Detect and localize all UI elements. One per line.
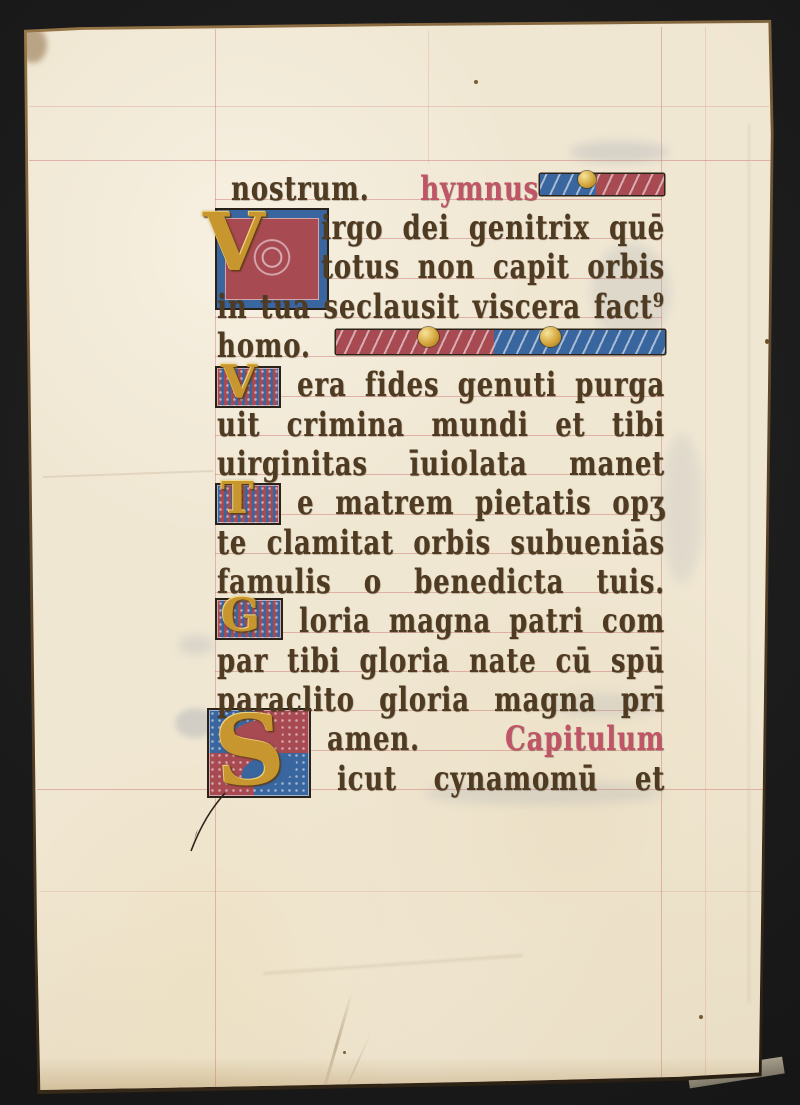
text-line: icut cynamomū et — [337, 760, 665, 799]
text-line: loria magna patri com — [299, 602, 665, 641]
line-filler-ornament — [336, 330, 665, 354]
corner-stain — [19, 27, 47, 63]
show-through-mark — [661, 433, 703, 583]
parchment-crease — [263, 954, 523, 975]
text-line: era fides genuti purga — [297, 366, 665, 405]
initial-letter-T: T — [221, 477, 254, 521]
text-line: nostrum. hymnus — [231, 170, 539, 209]
text-line: uit crimina mundi et tibi — [217, 406, 665, 445]
ruling-line — [39, 891, 763, 892]
initial-letter-V: V — [221, 359, 257, 405]
rubric-capitulum: Capitulum — [505, 720, 665, 759]
initial-letter-G: G — [221, 592, 260, 638]
initial-flourish — [185, 791, 231, 855]
ruling-line — [29, 160, 771, 161]
text-line: amen. Capitulum — [327, 720, 665, 759]
show-through-mark — [178, 635, 214, 655]
gold-ball — [540, 327, 561, 347]
ruling-line — [705, 27, 706, 1079]
text-line: paraclito gloria magna prī — [217, 681, 665, 720]
text-line: famulis o benedicta tuis. — [217, 563, 665, 602]
speck — [765, 339, 769, 344]
parchment-crease — [341, 1034, 371, 1099]
initial-letter-S: S — [212, 701, 288, 802]
gold-ball — [578, 171, 596, 188]
text-line: par tibi gloria nate cū spū — [217, 642, 665, 681]
speck — [699, 1015, 703, 1019]
text-line: uirginitas īuiolata manet — [217, 445, 665, 484]
parchment-crease — [43, 470, 213, 478]
gold-ball — [418, 327, 439, 347]
text-line: totus non capit orbis — [321, 248, 665, 287]
parchment-crease — [748, 123, 752, 1003]
rubric-hymnus: hymnus — [420, 170, 539, 209]
ruling-line — [29, 106, 769, 107]
text-line: irgo dei genitrix quē — [321, 209, 665, 248]
speck — [474, 80, 478, 84]
ruling-line — [215, 29, 216, 1088]
show-through-mark — [569, 141, 669, 163]
manuscript-leaf: nostrum. hymnus irgo dei genitrix quē to… — [3, 3, 797, 1101]
speck — [343, 1051, 346, 1054]
initial-letter-V: V — [203, 202, 265, 282]
photo-background: nostrum. hymnus irgo dei genitrix quē to… — [0, 0, 800, 1105]
line-filler-ornament — [540, 174, 664, 195]
text-line: te clamitat orbis subueniās — [217, 524, 665, 563]
ruling-line — [428, 31, 429, 163]
text-segment: amen. — [327, 720, 420, 759]
text-line: e matrem pietatis opʒ — [297, 484, 665, 523]
text-line: in tua seclausit viscera fact⁹ — [217, 288, 665, 327]
